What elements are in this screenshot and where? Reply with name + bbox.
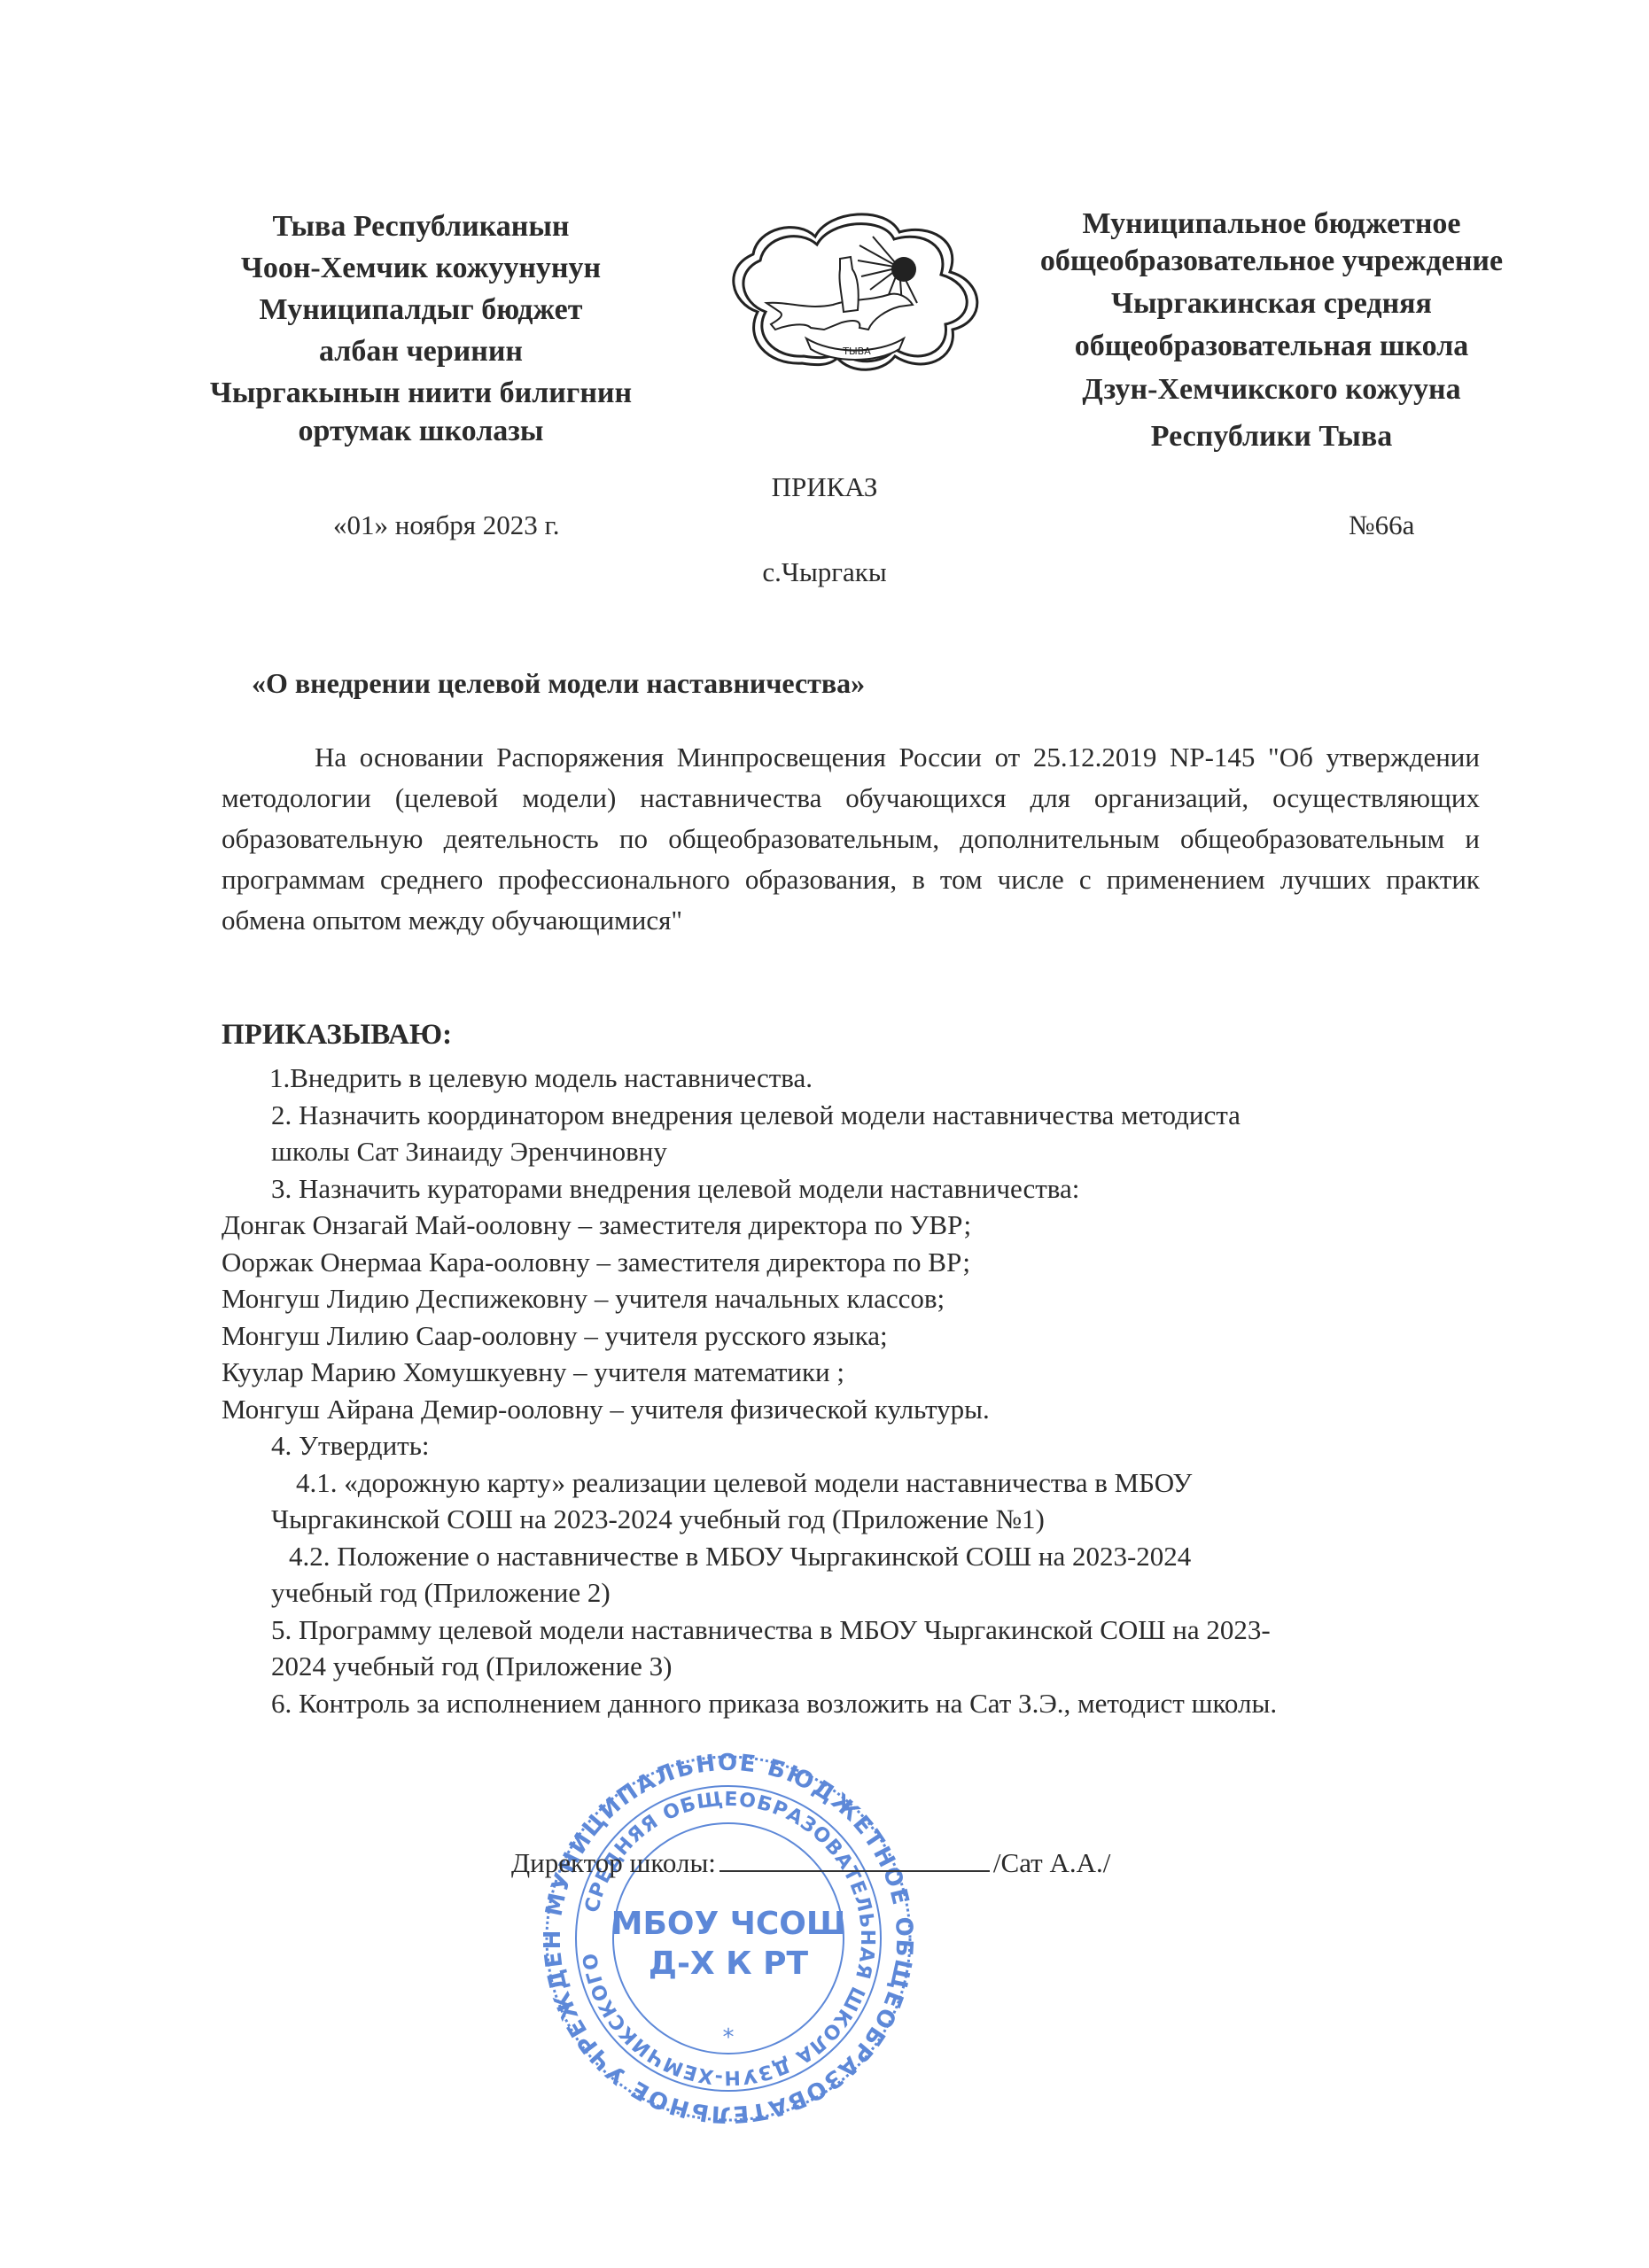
curator-item: Монгуш Лилию Саар-ооловну – учителя русс… xyxy=(222,1317,1515,1355)
order-item-2-cont: школы Сат Зинаиду Эренчиновну xyxy=(222,1133,1515,1170)
header-right-line: Чыргакинская средняя xyxy=(970,280,1573,328)
orders-heading: ПРИКАЗЫВАЮ: xyxy=(222,1019,452,1052)
order-item-4-1: 4.1. «дорожную карту» реализации целевой… xyxy=(222,1464,1515,1502)
order-item-4-2: 4.2. Положение о наставничестве в МБОУ Ч… xyxy=(222,1538,1515,1575)
signature-block: Директор школы:/Сат А.А./ xyxy=(511,1847,1110,1879)
header-right-line: общеобразовательная школа xyxy=(970,328,1573,365)
stamp-center-line2: Д-Х К РТ xyxy=(649,1946,809,1982)
order-date: «01» ноября 2023 г. xyxy=(333,509,560,541)
header-left-line: Муниципалдыг бюджет xyxy=(133,289,709,330)
order-item-6: 6. Контроль за исполнением данного прика… xyxy=(222,1685,1515,1722)
header-left-line: Чыргакынын ниити билигнин xyxy=(133,372,709,414)
signature-line xyxy=(719,1869,990,1872)
curator-item: Монгуш Лидию Деспижековну – учителя нача… xyxy=(222,1280,1515,1317)
order-items-list: 1.Внедрить в целевую модель наставничест… xyxy=(222,1060,1515,1721)
curator-item: Куулар Марию Хомушкуевну – учителя матем… xyxy=(222,1354,1515,1391)
header-left-line: ортумак школазы xyxy=(133,414,709,449)
order-item-1: 1.Внедрить в целевую модель наставничест… xyxy=(222,1060,1515,1097)
order-item-4: 4. Утвердить: xyxy=(222,1427,1515,1464)
tuva-emblem-icon: ТЫВА xyxy=(718,206,1010,374)
order-subject: «О внедрении целевой модели наставничест… xyxy=(252,667,865,700)
order-item-5-cont: 2024 учебный год (Приложение 3) xyxy=(222,1648,1515,1685)
order-item-4-2-cont: учебный год (Приложение 2) xyxy=(222,1574,1515,1612)
order-item-2: 2. Назначить координатором внедрения цел… xyxy=(222,1097,1515,1134)
curator-item: Ооржак Онермаа Кара-ооловну – заместител… xyxy=(222,1244,1515,1281)
signature-name: /Сат А.А./ xyxy=(993,1847,1110,1878)
order-item-3: 3. Назначить кураторами внедрения целево… xyxy=(222,1170,1515,1208)
order-title: ПРИКАЗ xyxy=(0,471,1649,503)
order-item-5: 5. Программу целевой модели наставничест… xyxy=(222,1612,1515,1649)
svg-text:*: * xyxy=(723,2024,735,2051)
header-left-tuvan: Тыва Республиканын Чоон-Хемчик кожуунуну… xyxy=(133,206,709,449)
svg-text:ТЫВА: ТЫВА xyxy=(842,346,871,357)
preamble-paragraph: На основании Распоряжения Минпросвещения… xyxy=(222,737,1480,941)
header-left-line: албан черинин xyxy=(133,330,709,372)
order-place: с.Чыргакы xyxy=(0,556,1649,588)
school-stamp: МУНИЦИПАЛЬНОЕ БЮДЖЕТНОЕ ОБЩЕОБРАЗОВАТЕЛЬ… xyxy=(542,1752,914,2124)
signature-label: Директор школы: xyxy=(511,1847,716,1878)
header-right-line: общеобразовательное учреждение xyxy=(970,243,1573,280)
header-right-line: Муниципальное бюджетное xyxy=(970,206,1573,243)
order-number: №66а xyxy=(1349,509,1414,541)
header-right-russian: Муниципальное бюджетное общеобразователь… xyxy=(970,206,1573,459)
stamp-center-line1: МБОУ ЧСОШ xyxy=(611,1906,846,1942)
header-left-line: Тыва Республиканын xyxy=(133,206,709,247)
header-left-line: Чоон-Хемчик кожуунунун xyxy=(133,247,709,289)
header-right-line: Дзун-Хемчикского кожууна xyxy=(970,365,1573,415)
header-right-line: Республики Тыва xyxy=(970,415,1573,459)
order-item-4-1-cont: Чыргакинской СОШ на 2023-2024 учебный го… xyxy=(222,1501,1515,1538)
curator-item: Монгуш Айрана Демир-ооловну – учителя фи… xyxy=(222,1391,1515,1428)
curator-item: Донгак Онзагай Май-ооловну – заместителя… xyxy=(222,1207,1515,1244)
